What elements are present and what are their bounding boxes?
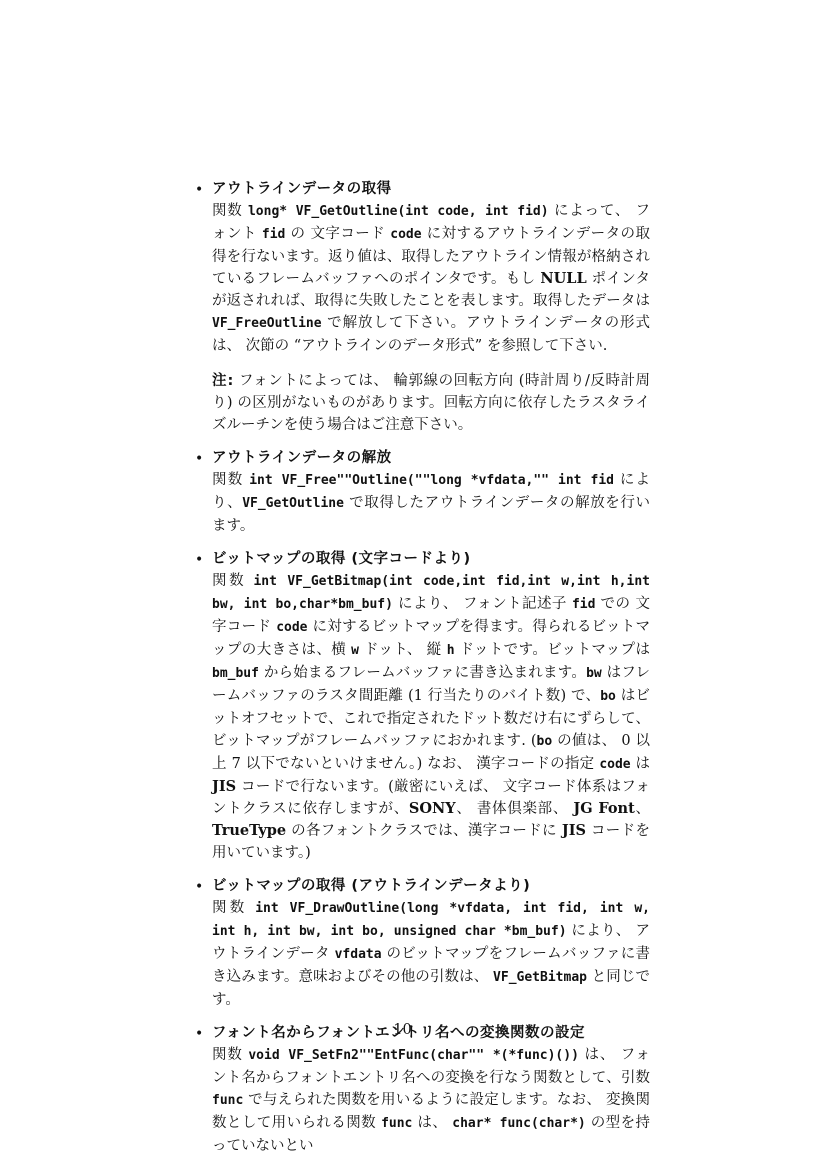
paragraph: 注: フォントによっては、 輪郭線の回転方向 (時計周り/反時計周り) の区別が… (212, 370, 650, 436)
text-run: fid (262, 227, 285, 242)
text-run: bo (537, 734, 553, 749)
text-run: code (276, 620, 307, 635)
text-run: ドットです。ビットマップは (455, 642, 650, 658)
text-run: 、 (635, 801, 650, 817)
list-item: •ビットマップの取得 (文字コードより)関数 int VF_GetBitmap(… (155, 548, 650, 864)
text-run: SONY (409, 800, 456, 817)
text-run: func (381, 1116, 412, 1131)
page-number: 10 (155, 1022, 650, 1038)
text-run: void VF_SetFn2""EntFunc(char"" *(*func)(… (248, 1048, 579, 1063)
text-run: int VF_Free""Outline(""long *vfdata,"" i… (249, 473, 614, 488)
text-run: ドット、 縦 (359, 642, 447, 658)
text-run: 関数 (212, 573, 253, 589)
section-title: ビットマップの取得 (アウトラインデータより) (212, 875, 650, 897)
bullet-marker: • (195, 448, 203, 470)
text-run: bm_buf (212, 666, 259, 681)
section-title: アウトラインデータの解放 (212, 447, 650, 469)
text-run: w (351, 643, 359, 658)
text-run: VF_FreeOutline (212, 316, 322, 331)
text-run: により、 フォント記述子 (393, 596, 572, 612)
text-run: の各フォントクラスでは、漢字コードに (286, 823, 562, 839)
text-run: 関数 (212, 472, 249, 488)
list-item: •ビットマップの取得 (アウトラインデータより)関数 int VF_DrawOu… (155, 875, 650, 1011)
document-page: •アウトラインデータの取得関数 long* VF_GetOutline(int … (0, 0, 828, 1171)
text-run: vfdata (335, 947, 382, 962)
paragraph: 関数 int VF_GetBitmap(int code,int fid,int… (212, 570, 650, 864)
text-run: 注: (212, 373, 234, 389)
text-run: JIS (212, 778, 236, 795)
text-run: code (599, 757, 630, 772)
text-run: JG Font (573, 800, 634, 817)
bullet-marker: • (195, 179, 203, 201)
text-run: bo (600, 689, 616, 704)
text-run: 、 書体倶楽部、 (456, 801, 574, 817)
text-run: の 文字コード (285, 226, 390, 242)
text-run: VF_GetBitmap (493, 970, 587, 985)
text-run: 関数 (212, 900, 255, 916)
text-run: は、 (412, 1115, 452, 1131)
bullet-marker: • (195, 549, 203, 571)
text-run: は (631, 756, 650, 772)
text-run: func (212, 1093, 243, 1108)
text-run: フォントによっては、 輪郭線の回転方向 (時計周り/反時計周り) の区別がないも… (212, 373, 650, 433)
section-title: アウトラインデータの取得 (212, 178, 650, 200)
text-run: h (447, 643, 455, 658)
text-run: bw (586, 666, 602, 681)
document-body: •アウトラインデータの取得関数 long* VF_GetOutline(int … (155, 178, 650, 1168)
section-title: ビットマップの取得 (文字コードより) (212, 548, 650, 570)
text-run: code (390, 227, 421, 242)
bullet-marker: • (195, 876, 203, 898)
paragraph: 関数 int VF_Free""Outline(""long *vfdata,"… (212, 469, 650, 537)
text-run: 関数 (212, 1047, 248, 1063)
paragraph: 関数 int VF_DrawOutline(long *vfdata, int … (212, 897, 650, 1011)
paragraph: 関数 void VF_SetFn2""EntFunc(char"" *(*fun… (212, 1044, 650, 1157)
text-run: TrueType (212, 822, 286, 839)
list-item: •アウトラインデータの取得関数 long* VF_GetOutline(int … (155, 178, 650, 436)
paragraph: 関数 long* VF_GetOutline(int code, int fid… (212, 200, 650, 357)
text-run: VF_GetOutline (242, 496, 344, 511)
text-run: 関数 (212, 203, 248, 219)
text-run: JIS (562, 822, 586, 839)
text-run: char* func(char*) (452, 1116, 585, 1131)
text-run: fid (572, 597, 595, 612)
text-run: から始まるフレームバッファに書き込まれます。 (259, 665, 586, 681)
text-run: long* VF_GetOutline(int code, int fid) (248, 204, 549, 219)
list-item: •フォント名からフォントエントリ名への変換関数の設定関数 void VF_Set… (155, 1022, 650, 1157)
text-run: NULL (540, 270, 586, 287)
list-item: •アウトラインデータの解放関数 int VF_Free""Outline(""l… (155, 447, 650, 537)
